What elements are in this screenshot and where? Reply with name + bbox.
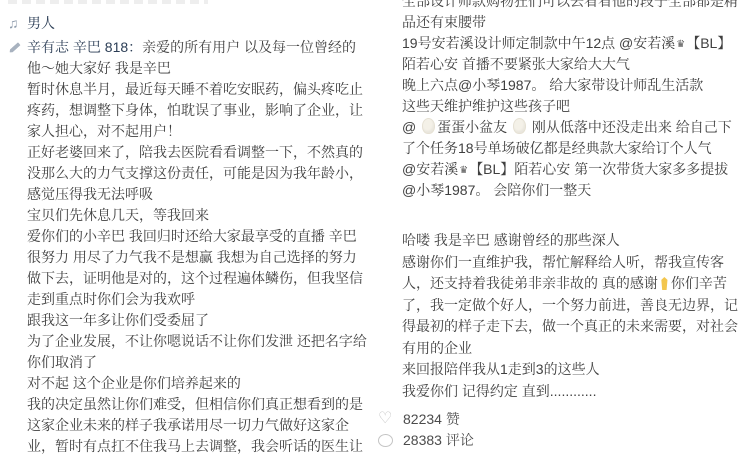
mention-dandan[interactable]: @ bbox=[402, 119, 420, 135]
mention-xiaoqin[interactable]: @小琴1987。 会陪你们一整天 bbox=[402, 182, 591, 198]
post-body-right-top: 全部设计师款购物狂们可以去看看他的段子全部都是精 品还有束腰带 19号安若溪设计… bbox=[402, 0, 750, 201]
mention-anruoxi[interactable]: 19号安若溪设计师定制款中午12点 @安若溪 bbox=[402, 35, 675, 51]
post-line-text: 人，还支持着我徒弟非亲非故的 真的感谢 bbox=[402, 275, 658, 291]
crown-icon: ♛ bbox=[459, 165, 468, 176]
author-name[interactable]: 辛有志 辛巴 818： bbox=[27, 39, 142, 55]
like-button[interactable]: ♡ 82234 赞 bbox=[378, 408, 474, 430]
post-line-text: 这些天维护维护这些孩子吧 bbox=[402, 98, 570, 114]
post-screenshot: ♫ 男人 辛有志 辛巴 818：亲爱的所有用户 以及每一位曾经的 他～她大家好 … bbox=[0, 0, 750, 466]
egg-icon bbox=[422, 118, 435, 134]
post-text-left: 亲爱的所有用户 以及每一位曾经的 他～她大家好 我是辛巴 暂时休息半月，最近每天… bbox=[27, 39, 367, 454]
post-line: 感谢你们一直维护我，帮忙解释给人听，帮我宣传客 bbox=[402, 252, 750, 274]
mention-xiaoqin[interactable]: 晚上六点@小琴1987。 给大家带设计师乱生活款 bbox=[402, 77, 703, 93]
post-line-text: 全部设计师款购物狂们可以去看看他的段子全部都是精 bbox=[402, 0, 738, 9]
like-count: 82234 赞 bbox=[403, 409, 460, 429]
post-line: @安若溪♛【BL】陌若心安 第一次带货大家多多提拔 bbox=[402, 159, 750, 180]
post-line: @小琴1987。 会陪你们一整天 bbox=[402, 180, 750, 201]
post-line-text: 了，我一定做个好人，一个努力前进，善良无边界，记 bbox=[402, 297, 738, 313]
egg-icon bbox=[513, 118, 526, 134]
cropped-top-text bbox=[8, 0, 208, 4]
post-line: 这些天维护维护这些孩子吧 bbox=[402, 96, 750, 117]
post-line: 全部设计师款购物狂们可以去看看他的段子全部都是精 bbox=[402, 0, 750, 12]
post-line: 晚上六点@小琴1987。 给大家带设计师乱生活款 bbox=[402, 75, 750, 96]
mention-dandan[interactable]: 蛋蛋小盆友 bbox=[437, 119, 511, 135]
comment-count: 28383 评论 bbox=[403, 430, 474, 450]
post-line: 了，我一定做个好人，一个努力前进，善良无边界，记 bbox=[402, 295, 750, 317]
post-line-text: 哈喽 我是辛巴 感谢曾经的那些深人 bbox=[402, 232, 620, 248]
post-line: 了个任务18号单场破亿都是经典款大家给订个人气 bbox=[402, 138, 750, 159]
crown-icon: ♛ bbox=[676, 39, 685, 50]
mention-anruoxi[interactable]: @安若溪 bbox=[402, 161, 458, 177]
post-line-text: 我爱你们 记得约定 直到............ bbox=[402, 383, 596, 399]
post-line-text: 得最初的样子走下去，做一个真正的未来需要，对社会 bbox=[402, 318, 738, 334]
post-line: 哈喽 我是辛巴 感谢曾经的那些深人 bbox=[402, 230, 750, 252]
post-line-text: 【BL】陌若心安 第一次带货大家多多提拔 bbox=[469, 161, 728, 177]
post-line-text: 品还有束腰带 bbox=[402, 14, 486, 30]
post-line-text: 陌若心安 首播不要紧张大家给大大气 bbox=[402, 56, 630, 72]
post-line-text: 有用的企业 bbox=[402, 340, 472, 356]
post-line: 得最初的样子走下去，做一个真正的未来需要，对社会 bbox=[402, 316, 750, 338]
post-line-text: 感谢你们一直维护我，帮忙解释给人听，帮我宣传客 bbox=[402, 254, 724, 270]
post-line: @ 蛋蛋小盆友 刚从低落中还没走出来 给自己下 bbox=[402, 117, 750, 138]
post-body-right-bottom: 哈喽 我是辛巴 感谢曾经的那些深人 感谢你们一直维护我，帮忙解释给人听，帮我宣传… bbox=[402, 230, 750, 402]
post-line: 我爱你们 记得约定 直到............ bbox=[402, 381, 750, 403]
engagement-stats: ♡ 82234 赞 28383 评论 bbox=[378, 408, 474, 451]
left-column: ♫ 男人 辛有志 辛巴 818：亲爱的所有用户 以及每一位曾经的 他～她大家好 … bbox=[8, 13, 372, 457]
comment-button[interactable]: 28383 评论 bbox=[378, 430, 474, 452]
post-line-text: 刚从低落中还没走出来 给自己下 bbox=[528, 119, 732, 135]
pencil-icon bbox=[8, 37, 27, 457]
post-line: 陌若心安 首播不要紧张大家给大大气 bbox=[402, 54, 750, 75]
post-line-text: 【BL】 bbox=[686, 35, 731, 51]
post-line: 人，还支持着我徒弟非亲非故的 真的感谢你们辛苦 bbox=[402, 273, 750, 295]
post-line-text: 了个任务18号单场破亿都是经典款大家给订个人气 bbox=[402, 140, 712, 156]
post-line: 来回报陪伴我从1走到3的这些人 bbox=[402, 359, 750, 381]
post-line: 品还有束腰带 bbox=[402, 12, 750, 33]
post-line: 19号安若溪设计师定制款中午12点 @安若溪♛【BL】 bbox=[402, 33, 750, 54]
post-line-text: 来回报陪伴我从1走到3的这些人 bbox=[402, 361, 600, 377]
heart-icon: ♡ bbox=[378, 411, 392, 427]
post-line-text: 你们辛苦 bbox=[671, 275, 727, 291]
post-body-left: 辛有志 辛巴 818：亲爱的所有用户 以及每一位曾经的 他～她大家好 我是辛巴 … bbox=[27, 37, 372, 457]
song-row[interactable]: ♫ 男人 bbox=[8, 13, 372, 34]
comment-bubble-icon bbox=[378, 434, 393, 447]
praying-hands-icon bbox=[659, 277, 670, 290]
song-title[interactable]: 男人 bbox=[27, 13, 55, 34]
music-note-icon: ♫ bbox=[8, 15, 19, 31]
post-row: 辛有志 辛巴 818：亲爱的所有用户 以及每一位曾经的 他～她大家好 我是辛巴 … bbox=[8, 37, 372, 457]
post-line: 有用的企业 bbox=[402, 338, 750, 360]
